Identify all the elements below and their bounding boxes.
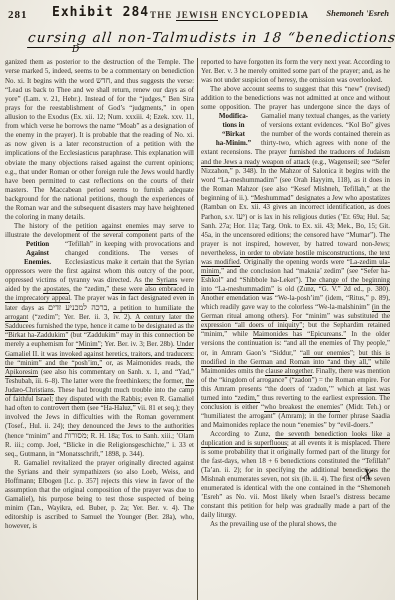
pen-underlined-text: Maimonides has “Epicureans.” [253, 330, 346, 339]
pen-underlined-text: “Meshummad” designates a Jew who apostat… [251, 194, 390, 203]
body-text: (“zedim”; Yer. Ber. ii. 3, iv. 2). [28, 313, 135, 321]
journal-title: THE JEWISH ENCYCLOPEDIA [150, 10, 309, 20]
paragraph: As the prevailing use of the plural show… [201, 520, 390, 529]
hebrew-text: חדש [96, 76, 110, 85]
pen-underlined-text: petition against enemies [76, 222, 149, 231]
pen-underlined-text: Apikoresim [5, 368, 38, 377]
paragraph: The above account seems to suggest that … [201, 85, 390, 430]
handwritten-quote-mark: „ [301, 8, 305, 19]
side-heading-line: Enemies. [5, 258, 61, 267]
body-text: or, as Maimonides reads, the [102, 359, 194, 367]
hebrew-text: מסורות [64, 431, 86, 440]
side-heading: Modifica-tions in“Birkatha-Minim.” [201, 112, 257, 148]
side-heading-line: “Birkat [201, 130, 257, 139]
paragraph: ganized them as posterior to the destruc… [5, 58, 194, 222]
handwritten-annotation-text: cursing all non-Talmudists in 18 “benedi… [27, 30, 393, 48]
paragraph: reported to have forgotten its form the … [201, 58, 390, 85]
page-header: 281 Exhibit 284 THE JEWISH ENCYCLOPEDIA … [0, 0, 395, 30]
body-text: , the “zedim,” [69, 285, 112, 293]
column-divider [197, 58, 198, 600]
exhibit-stamp: Exhibit 284 [52, 5, 149, 20]
text-columns: ganized them as posterior to the destruc… [0, 56, 395, 600]
running-head: Shemoneh 'Esreh [326, 8, 389, 18]
body-text: As the prevailing use of the plural show… [210, 520, 337, 528]
scanned-encyclopedia-page: 281 Exhibit 284 THE JEWISH ENCYCLOPEDIA … [0, 0, 395, 600]
side-heading-line: Petition [5, 240, 61, 249]
body-text: ”; [350, 349, 359, 357]
page-number: 281 [8, 9, 28, 21]
pen-underlined-text: apostates [43, 285, 69, 294]
pen-underlined-text: “Minim” [76, 340, 101, 349]
body-text: . Originally the opening words were “ [240, 258, 350, 266]
pen-underlined-text: they denounced the Jews to the authoriti… [68, 422, 194, 431]
side-heading-line: tions in [201, 121, 257, 130]
left-column: ganized them as posterior to the destruc… [5, 58, 194, 600]
pen-underlined-text: the Syrians [145, 276, 178, 285]
side-heading-line: Modifica- [201, 112, 257, 121]
pen-underlined-text: all our enemies [303, 349, 350, 358]
handwritten-insert-mark: D [72, 45, 79, 55]
handwritten-annotation: cursing all non-Talmudists in 18 “benedi… [0, 30, 395, 56]
body-text: ; Yer. Ber. iv. 3; Ber. 28b). [101, 340, 177, 348]
body-text: , and thus suggests the verse: “Lead us … [5, 77, 194, 221]
body-text: (hence “minim” and [5, 432, 64, 440]
body-text: The history of the [14, 222, 76, 230]
pen-underlined-text: clause altogether [265, 367, 312, 376]
pen-underlined-text: they disputed with the Rabbis [55, 395, 140, 404]
paragraph: According to Zunz, the seventh benedicti… [201, 430, 390, 520]
hebrew-text: ברכה למכניע זדים [48, 303, 108, 312]
pen-underlined-text: who breakest the enemies [264, 403, 340, 412]
body-text: According to Zunz, [210, 430, 275, 438]
body-text: ENCYCLOPEDIA [218, 10, 309, 20]
paragraph: R. Gamaliel revitalized the prayer origi… [5, 459, 194, 531]
body-text: R. Gamaliel revitalized the prayer origi… [5, 459, 194, 530]
side-heading-line: ha-Minim.” [201, 139, 257, 148]
pen-underlined-text: JEWISH [176, 10, 218, 21]
hebrew-text: יעז [236, 212, 245, 221]
right-column: reported to have forgotten its form the … [201, 58, 390, 600]
body-text: reported to have forgotten its form the … [201, 58, 390, 84]
paragraph: The history of the petition against enem… [5, 222, 194, 459]
body-text: THE [150, 10, 176, 20]
side-heading: PetitionAgainstEnemies. [5, 240, 61, 267]
side-heading-line: Against [5, 249, 61, 258]
